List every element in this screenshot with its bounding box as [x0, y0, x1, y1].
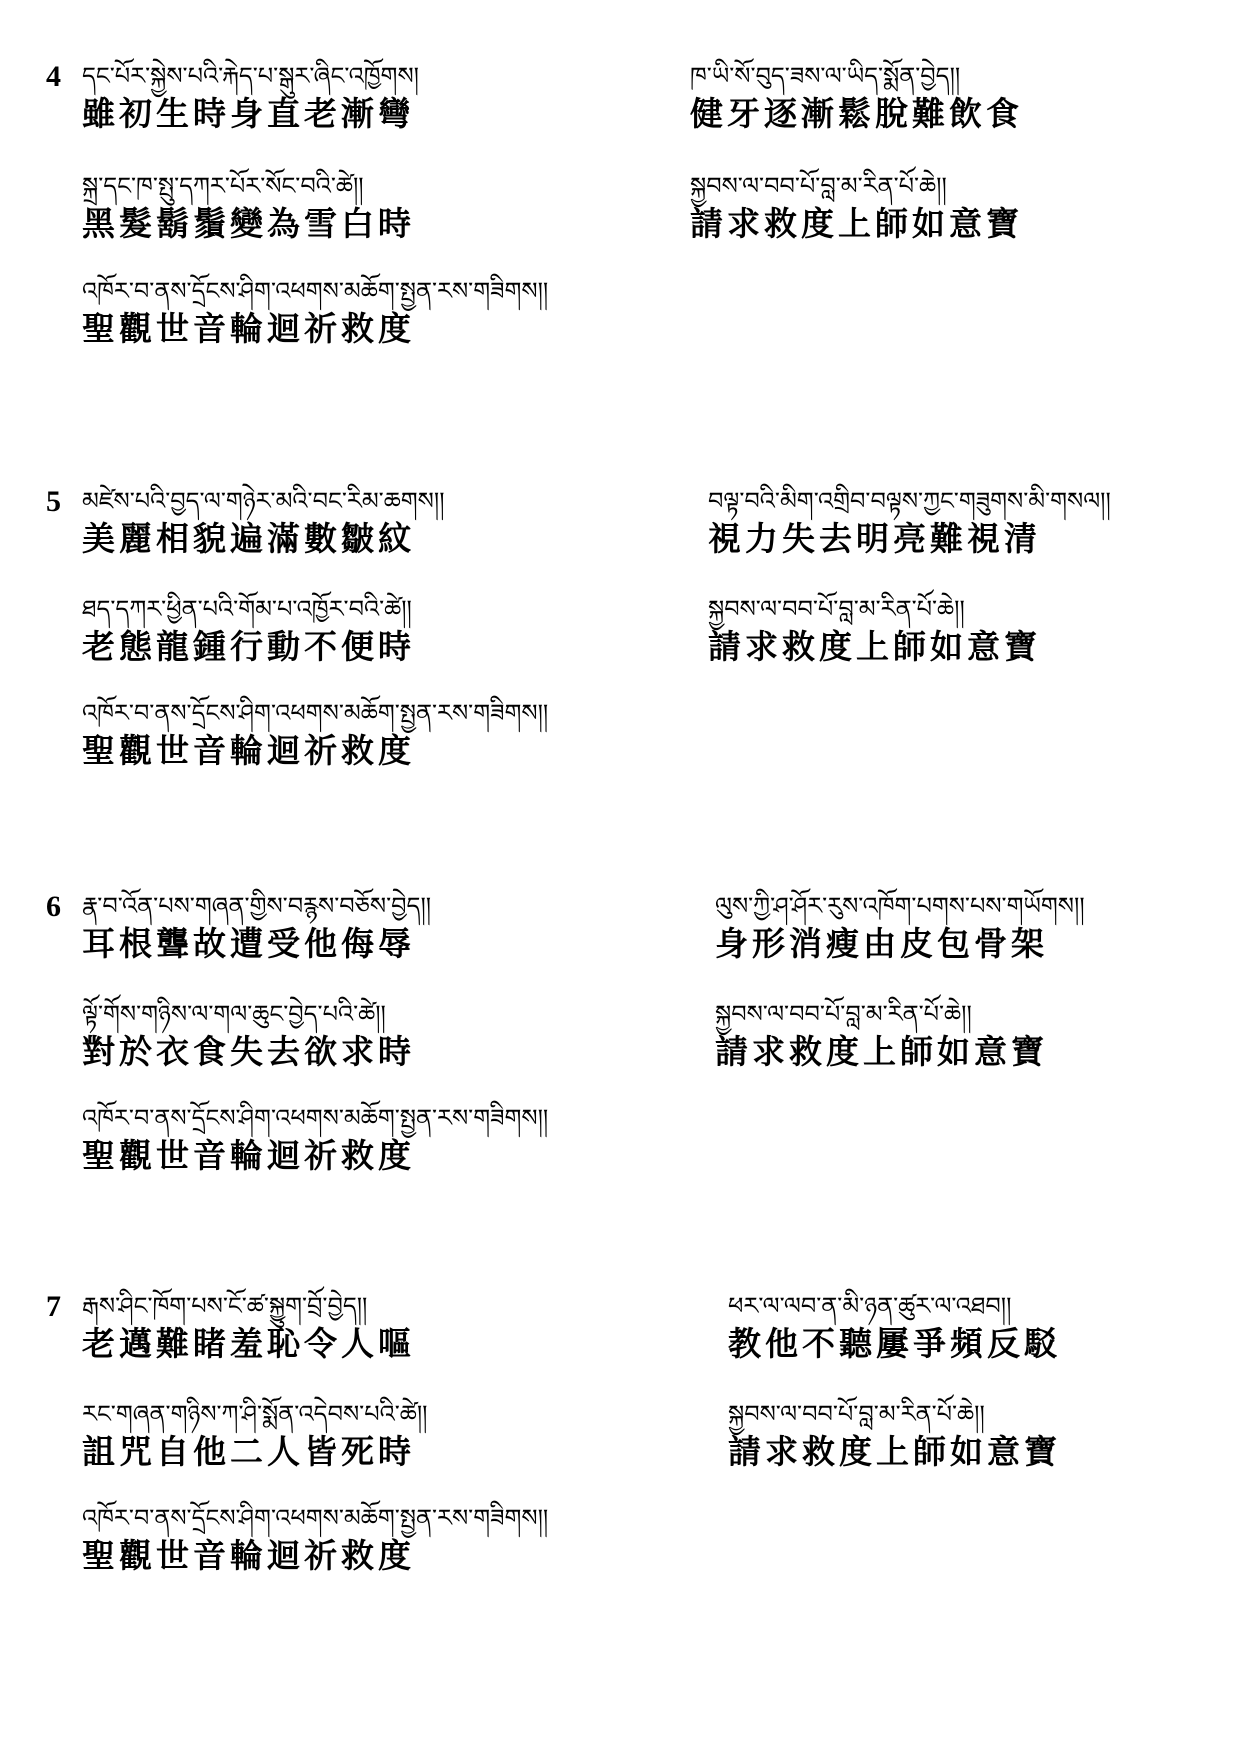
line-pair: ཕར་ལ་ལབ་ན་མི་ཉན་ཚུར་ལ་འཐབ།། 教他不聽屢爭頻反駁	[728, 1290, 1061, 1364]
chinese-line: 教他不聽屢爭頻反駁	[728, 1324, 1061, 1364]
tibetan-line: ཕར་ལ་ལབ་ན་མི་ཉན་ཚུར་ལ་འཐབ།།	[728, 1290, 1061, 1322]
tibetan-line: སྐྱབས་ལ་བབ་པོ་བླ་མ་རིན་པོ་ཆེ།།	[715, 998, 1048, 1030]
tibetan-line: དང་པོར་སྐྱེས་པའི་རྐེད་པ་སྒུར་ཞིང་འཁྱོགས།	[82, 60, 419, 92]
tibetan-line: སྐྲ་དང་ཁ་སྤུ་དཀར་པོར་སོང་བའི་ཚེ།།	[82, 170, 415, 202]
chinese-line: 請求救度上師如意寶	[728, 1432, 1061, 1472]
chinese-line: 黑髮鬍鬚變為雪白時	[82, 204, 415, 244]
line-pair: དང་པོར་སྐྱེས་པའི་རྐེད་པ་སྒུར་ཞིང་འཁྱོགས།…	[82, 60, 419, 134]
line-pair: སྐྲ་དང་ཁ་སྤུ་དཀར་པོར་སོང་བའི་ཚེ།། 黑髮鬍鬚變為…	[82, 170, 415, 244]
tibetan-line: ཐད་དཀར་ཕྱིན་པའི་གོམ་པ་འཁྱོར་བའི་ཚེ།།	[82, 593, 415, 625]
line-pair: རྒས་ཤིང་ཁོག་པས་ངོ་ཚ་སྐྱུག་བྲོ་བྱེད།། 老邁難…	[82, 1290, 415, 1364]
line-pair: རང་གཞན་གཉིས་ཀ་ཤི་སྨོན་འདེབས་པའི་ཚེ།། 詛咒自…	[82, 1398, 427, 1472]
tibetan-line: སྐྱབས་ལ་བབ་པོ་བླ་མ་རིན་པོ་ཆེ།།	[728, 1398, 1061, 1430]
tibetan-line: སྐྱབས་ལ་བབ་པོ་བླ་མ་རིན་པོ་ཆེ།།	[690, 170, 1023, 202]
chinese-line: 美麗相貌遍滿數皺紋	[82, 519, 445, 559]
chinese-line: 請求救度上師如意寶	[715, 1032, 1048, 1072]
line-pair: མཛེས་པའི་བྱད་ལ་གཉེར་མའི་བང་རིམ་ཆགས།། 美麗相…	[82, 485, 445, 559]
chinese-line: 請求救度上師如意寶	[708, 627, 1041, 667]
tibetan-line: བལྟ་བའི་མིག་འགྲིབ་བལྟས་ཀྱང་གཟུགས་མི་གསལ།…	[708, 485, 1111, 517]
chinese-line: 請求救度上師如意寶	[690, 204, 1023, 244]
line-pair: ལྟོ་གོས་གཉིས་ལ་གལ་ཆུང་བྱེད་པའི་ཚེ།། 對於衣食…	[82, 998, 415, 1072]
tibetan-line: ལུས་ཀྱི་ཤ་ཤོར་རུས་འཁོག་པགས་པས་གཡོགས།།	[715, 890, 1085, 922]
tibetan-line: རང་གཞན་གཉིས་ཀ་ཤི་སྨོན་འདེབས་པའི་ཚེ།།	[82, 1398, 427, 1430]
chinese-line: 身形消瘦由皮包骨架	[715, 924, 1085, 964]
tibetan-line: རྒས་ཤིང་ཁོག་པས་ངོ་ཚ་སྐྱུག་བྲོ་བྱེད།།	[82, 1290, 415, 1322]
verse-number: 5	[46, 487, 61, 517]
chinese-line: 聖觀世音輪迴祈救度	[82, 1136, 548, 1176]
line-pair: ཐད་དཀར་ཕྱིན་པའི་གོམ་པ་འཁྱོར་བའི་ཚེ།། 老態龍…	[82, 593, 415, 667]
line-pair: སྐྱབས་ལ་བབ་པོ་བླ་མ་རིན་པོ་ཆེ།། 請求救度上師如意寶	[690, 170, 1023, 244]
chinese-line: 視力失去明亮難視清	[708, 519, 1111, 559]
chinese-line: 老邁難睹羞恥令人嘔	[82, 1324, 415, 1364]
chinese-line: 聖觀世音輪迴祈救度	[82, 309, 548, 349]
tibetan-line: འཁོར་བ་ནས་དྲོངས་ཤིག་འཕགས་མཆོག་སྤྱན་རས་གཟ…	[82, 1502, 548, 1534]
tibetan-line: འཁོར་བ་ནས་དྲོངས་ཤིག་འཕགས་མཆོག་སྤྱན་རས་གཟ…	[82, 275, 548, 307]
tibetan-line: ཁ་ཡི་སོ་བུད་ཟས་ལ་ཡིད་སྨོན་བྱེད།།	[690, 60, 1023, 92]
line-pair: ལུས་ཀྱི་ཤ་ཤོར་རུས་འཁོག་པགས་པས་གཡོགས།། 身形…	[715, 890, 1085, 964]
chinese-line: 對於衣食失去欲求時	[82, 1032, 415, 1072]
tibetan-line: འཁོར་བ་ནས་དྲོངས་ཤིག་འཕགས་མཆོག་སྤྱན་རས་གཟ…	[82, 1102, 548, 1134]
tibetan-line: འཁོར་བ་ནས་དྲོངས་ཤིག་འཕགས་མཆོག་སྤྱན་རས་གཟ…	[82, 697, 548, 729]
line-pair: བལྟ་བའི་མིག་འགྲིབ་བལྟས་ཀྱང་གཟུགས་མི་གསལ།…	[708, 485, 1111, 559]
line-pair: སྐྱབས་ལ་བབ་པོ་བླ་མ་རིན་པོ་ཆེ།། 請求救度上師如意寶	[728, 1398, 1061, 1472]
tibetan-line: ལྟོ་གོས་གཉིས་ལ་གལ་ཆུང་བྱེད་པའི་ཚེ།།	[82, 998, 415, 1030]
line-pair: སྐྱབས་ལ་བབ་པོ་བླ་མ་རིན་པོ་ཆེ།། 請求救度上師如意寶	[708, 593, 1041, 667]
line-pair: འཁོར་བ་ནས་དྲོངས་ཤིག་འཕགས་མཆོག་སྤྱན་རས་གཟ…	[82, 1502, 548, 1576]
line-pair: འཁོར་བ་ནས་དྲོངས་ཤིག་འཕགས་མཆོག་སྤྱན་རས་གཟ…	[82, 1102, 548, 1176]
tibetan-line: སྐྱབས་ལ་བབ་པོ་བླ་མ་རིན་པོ་ཆེ།།	[708, 593, 1041, 625]
verse-number: 6	[46, 892, 61, 922]
chinese-line: 健牙逐漸鬆脫難飲食	[690, 94, 1023, 134]
tibetan-line: མཛེས་པའི་བྱད་ལ་གཉེར་མའི་བང་རིམ་ཆགས།།	[82, 485, 445, 517]
chinese-line: 聖觀世音輪迴祈救度	[82, 731, 548, 771]
chinese-line: 雖初生時身直老漸彎	[82, 94, 419, 134]
chinese-line: 老態龍鍾行動不便時	[82, 627, 415, 667]
line-pair: འཁོར་བ་ནས་དྲོངས་ཤིག་འཕགས་མཆོག་སྤྱན་རས་གཟ…	[82, 275, 548, 349]
chinese-line: 聖觀世音輪迴祈救度	[82, 1536, 548, 1576]
line-pair: ཁ་ཡི་སོ་བུད་ཟས་ལ་ཡིད་སྨོན་བྱེད།། 健牙逐漸鬆脫難…	[690, 60, 1023, 134]
tibetan-line: རྣ་བ་འོན་པས་གཞན་གྱིས་བརྙས་བཅོས་བྱེད།།	[82, 890, 431, 922]
line-pair: རྣ་བ་འོན་པས་གཞན་གྱིས་བརྙས་བཅོས་བྱེད།། 耳根…	[82, 890, 431, 964]
chinese-line: 耳根聾故遭受他侮辱	[82, 924, 431, 964]
line-pair: སྐྱབས་ལ་བབ་པོ་བླ་མ་རིན་པོ་ཆེ།། 請求救度上師如意寶	[715, 998, 1048, 1072]
verse-number: 7	[46, 1292, 61, 1322]
verse-number: 4	[46, 62, 61, 92]
chinese-line: 詛咒自他二人皆死時	[82, 1432, 427, 1472]
line-pair: འཁོར་བ་ནས་དྲོངས་ཤིག་འཕགས་མཆོག་སྤྱན་རས་གཟ…	[82, 697, 548, 771]
